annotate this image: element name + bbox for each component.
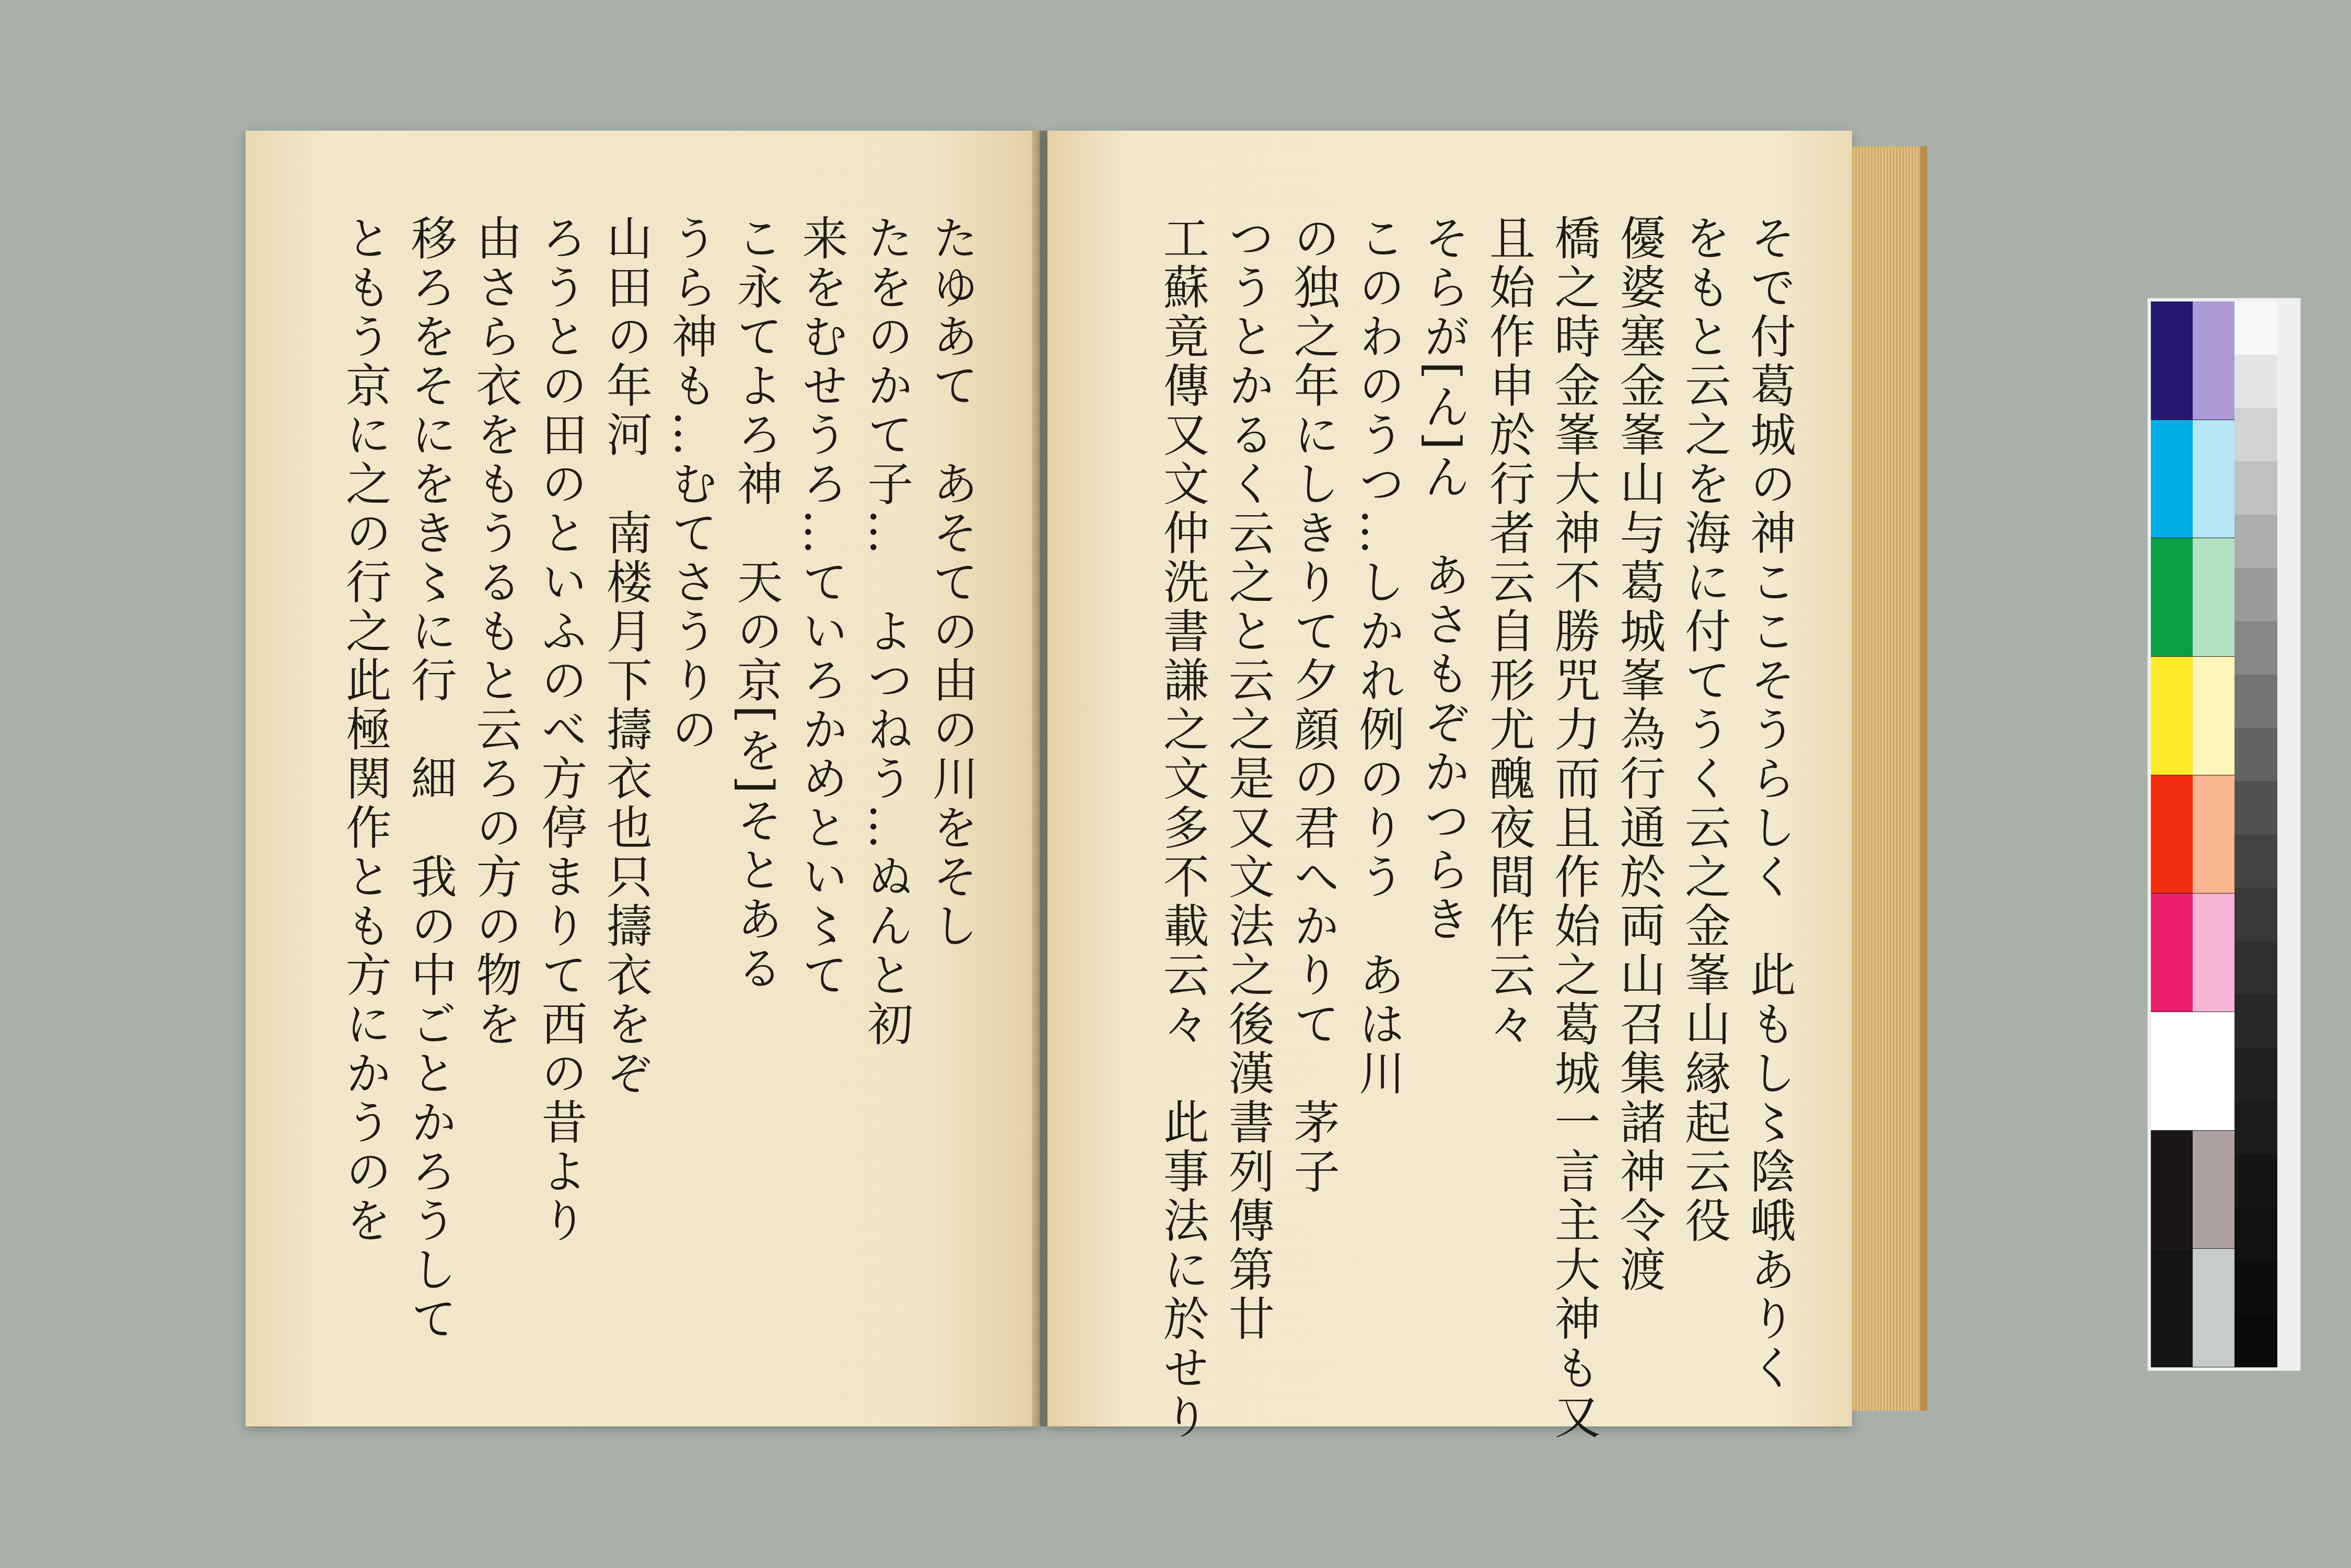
color-swatch <box>2234 1207 2277 1261</box>
text-column: 橋之時金峯大神不勝咒力而且作始之葛城一言主大神も又 <box>1549 214 1599 1364</box>
color-column-saturated <box>2151 301 2193 1367</box>
text-column: つうとかるく云之と云之是又文法之後漢書列傳第廿 <box>1223 214 1273 1364</box>
color-swatch <box>2234 994 2277 1048</box>
color-swatch <box>2151 657 2193 775</box>
text-column: たゆあて あそての由の川をそし <box>926 214 977 1364</box>
color-swatch <box>2234 461 2277 515</box>
text-column: 優婆塞金峯山与葛城峯為行通於両山召集諸神令渡 <box>1614 214 1665 1364</box>
text-column: ともう京に之の行之此極関作とも方にかうのを <box>340 214 390 1364</box>
color-swatch <box>2234 408 2277 461</box>
color-swatch <box>2193 1131 2234 1249</box>
color-swatch <box>2234 301 2277 355</box>
text-column: たをのかて子… よつねう…ぬんと初 <box>861 214 912 1364</box>
color-swatch <box>2234 1314 2277 1367</box>
right-page-text: そで付葛城の神ここそうらしく 此もし〻陰峨ありく をもと云之を海に付てうく云之金… <box>1110 214 1795 1364</box>
color-swatch <box>2234 621 2277 675</box>
color-swatch <box>2234 675 2277 728</box>
color-swatch <box>2234 568 2277 621</box>
color-swatch <box>2151 420 2193 539</box>
text-column: 移ろをそにをき〻に行 細 我の中ごとかろうして <box>405 214 456 1364</box>
text-column: ろうとの田のといふのべ方停まりて西の昔より <box>535 214 586 1364</box>
text-column: こ永てよろ神 天の京[を]そとある <box>731 214 782 1364</box>
color-swatch <box>2151 301 2193 420</box>
color-swatch <box>2193 893 2234 1012</box>
left-page: たゆあて あそての由の川をそし たをのかて子… よつねう…ぬんと初 来をむせうろ… <box>246 131 1040 1426</box>
color-swatch <box>2234 1048 2277 1101</box>
text-column: 工蘇竟傳又文仲洗書謙之文多不載云々 此事法に於せり <box>1157 214 1208 1364</box>
color-swatch <box>2234 941 2277 994</box>
color-swatch <box>2234 1154 2277 1207</box>
color-swatch <box>2151 893 2193 1012</box>
text-column: 由さら衣をもうるもと云ろの方の物を <box>470 214 521 1364</box>
text-column: うら神も…むてさうりの <box>666 214 716 1364</box>
grayscale-column <box>2234 301 2277 1367</box>
color-swatch <box>2234 355 2277 408</box>
text-column: このわのうつ…しかれ例のりう あは川 <box>1353 214 1403 1364</box>
color-swatch <box>2193 657 2234 775</box>
color-swatch <box>2193 775 2234 894</box>
left-page-text: たゆあて あそての由の川をそし たをのかて子… よつねう…ぬんと初 来をむせうろ… <box>308 214 977 1364</box>
color-swatch <box>2234 1101 2277 1154</box>
color-swatch <box>2193 301 2234 420</box>
color-swatch <box>2151 1012 2193 1131</box>
color-calibration-target <box>2147 298 2301 1371</box>
text-column: そで付葛城の神ここそうらしく 此もし〻陰峨ありく <box>1744 214 1795 1364</box>
color-swatch <box>2193 420 2234 539</box>
color-swatch <box>2234 888 2277 941</box>
text-column: 来をむせうろ…ていろかめとい〻て <box>796 214 847 1364</box>
right-page: そで付葛城の神ここそうらしく 此もし〻陰峨ありく をもと云之を海に付てうく云之金… <box>1048 131 1852 1426</box>
color-swatch <box>2234 515 2277 568</box>
color-column-pastel <box>2193 301 2234 1367</box>
page-block-edge <box>1852 146 1927 1411</box>
color-swatch <box>2234 834 2277 888</box>
text-column: の独之年にしきりて夕顔の君へかりて 茅子 <box>1288 214 1339 1364</box>
open-book: たゆあて あそての由の川をそし たをのかて子… よつねう…ぬんと初 来をむせうろ… <box>246 131 1912 1432</box>
text-column: をもと云之を海に付てうく云之金峯山縁起云役 <box>1679 214 1729 1364</box>
color-swatch <box>2234 728 2277 781</box>
text-column: 山田の年河 南楼月下擣衣也只擣衣をぞ <box>600 214 651 1364</box>
color-swatch <box>2193 538 2234 657</box>
color-swatch <box>2151 538 2193 657</box>
text-column: 且始作申於行者云自形尤醜夜間作云々 <box>1483 214 1534 1364</box>
color-swatch <box>2151 1249 2193 1367</box>
color-swatch <box>2151 775 2193 894</box>
color-swatch <box>2151 1131 2193 1249</box>
color-swatch <box>2193 1249 2234 1367</box>
color-swatch <box>2234 781 2277 834</box>
color-swatch <box>2193 1012 2234 1131</box>
text-column: そらが[ん]ん あさもぞかつらき <box>1418 214 1469 1364</box>
color-swatch <box>2234 1261 2277 1314</box>
